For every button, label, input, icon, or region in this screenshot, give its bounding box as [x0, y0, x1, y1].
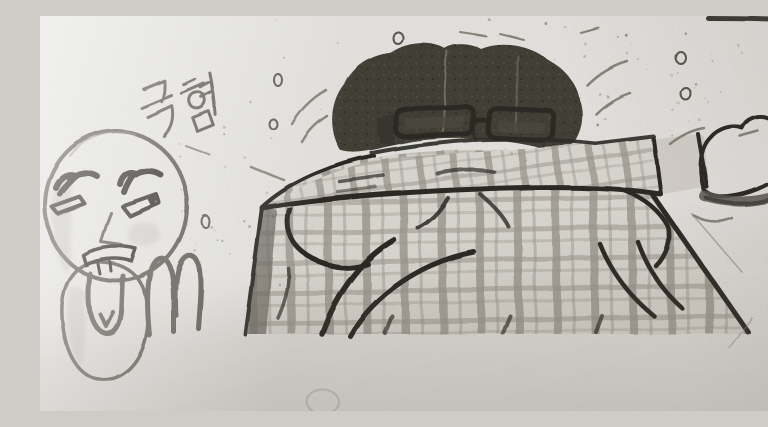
- photo-of-drawing: 극혐: [40, 16, 768, 411]
- paper-grain-overlay: [40, 16, 768, 411]
- drawing-canvas: [40, 16, 768, 411]
